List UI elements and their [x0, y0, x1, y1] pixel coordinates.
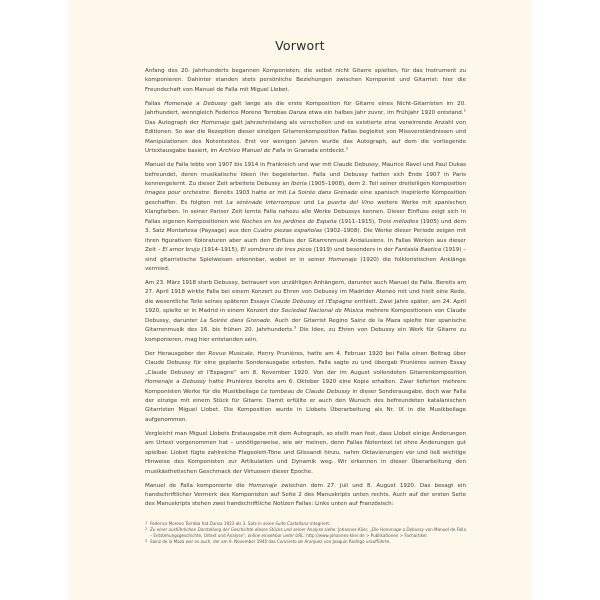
italic-text: Die Hommage a Debussy	[372, 527, 424, 532]
italic-text: Sociedad Nacional de Música	[281, 308, 363, 314]
italic-text: La puerta del Vino	[318, 200, 374, 206]
italic-text: Archivo Manuel de Falla	[219, 148, 285, 154]
italic-text: La Soirée dans Grenade	[289, 190, 358, 196]
italic-text: Homenaje a Debussy	[145, 379, 206, 385]
italic-text: Ibéria	[291, 181, 307, 187]
footnote: 3Sainz de la Maza war es auch, der am 9.…	[145, 539, 466, 545]
paragraph: Der Herausgeber der Revue Musicale, Henr…	[145, 350, 466, 426]
italic-text: Homenaje	[329, 257, 357, 263]
footnote: 2Zu einer ausführlichen Darstellung der …	[145, 527, 466, 539]
italic-text: Revue Musicale,	[208, 351, 254, 357]
italic-text: La sérénade interrompue	[226, 200, 300, 206]
paragraph: Anfang des 20. Jahrhunderts begannen Kom…	[145, 67, 466, 95]
italic-text: Fantasía Baetica	[395, 247, 441, 253]
footnote-reference: 1	[464, 108, 466, 113]
document-page: Vorwort Anfang des 20. Jahrhunderts bega…	[70, 0, 530, 600]
italic-text: Concierto de Aranjuez	[277, 539, 322, 544]
italic-text: Noches en los jardines de España	[242, 219, 337, 225]
italic-text: online einsehbar unter URL:	[248, 533, 305, 538]
preface-body: Anfang des 20. Jahrhunderts begannen Kom…	[145, 67, 466, 514]
italic-text: Images pour orchestre.	[145, 190, 211, 196]
footnote-reference: 3	[294, 325, 296, 330]
footnotes: 1Federico Moreno Torroba hat Danza 1923 …	[145, 521, 466, 545]
footnote-number: 3	[145, 539, 147, 544]
page-title: Vorwort	[70, 38, 530, 53]
italic-text: Danza	[210, 521, 223, 526]
paragraph: Manuel de Falla komponierte die Homenaje…	[145, 482, 466, 510]
italic-text: Claude Debussy et l’Espagne	[271, 299, 352, 305]
footnote-number: 1	[145, 521, 147, 526]
paragraph: Manuel de Falla lebte von 1907 bis 1914 …	[145, 161, 466, 274]
italic-text: La Soirée dans Grenade.	[200, 318, 272, 324]
italic-text: Danza	[289, 110, 307, 116]
italic-text: Montañesa	[167, 228, 198, 234]
paragraph: Fallas Homenaje a Debussy galt lange als…	[145, 100, 466, 157]
italic-text: Zu einer ausführlichen Darstellung der G…	[150, 527, 337, 532]
italic-text: Homenaje	[249, 483, 277, 489]
italic-text: El amor brujo	[162, 247, 199, 253]
italic-text: Le tombeau de Claude Debussy	[261, 389, 350, 395]
footnote-reference: 2	[346, 146, 348, 151]
italic-text: Trois mélodies	[378, 219, 418, 225]
paragraph: Am 23. März 1918 starb Debussy, betrauer…	[145, 279, 466, 345]
italic-text: El sombrero de tres picos	[241, 247, 312, 253]
italic-text: Cuatro piezas españolas	[253, 228, 322, 234]
footnote-number: 2	[145, 527, 147, 532]
italic-text: Homenaje a Debussy	[164, 101, 227, 107]
italic-text: Suite Castellana	[275, 521, 308, 526]
italic-text: Homenaje	[201, 120, 229, 126]
paragraph: Vergleicht man Miguel Llobets Erstausgab…	[145, 430, 466, 477]
